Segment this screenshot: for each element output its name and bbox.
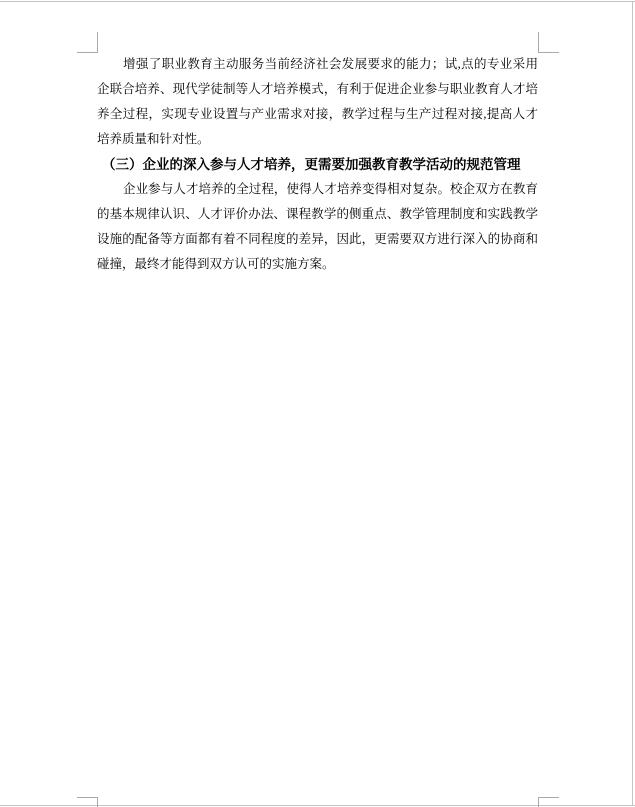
text-line[interactable]: 培养质量和针对性。: [97, 127, 538, 152]
text-line[interactable]: 企联合培养、现代学徒制等人才培养模式，有利于促进企业参与职业教育人才培: [97, 77, 538, 102]
page-edge-right: [632, 1, 633, 806]
text-boundary-mark-top-left: [77, 32, 98, 53]
paragraph-education-service[interactable]: 增强了职业教育主动服务当前经济社会发展要求的能力；试,点的专业采用校企联合培养、…: [97, 52, 538, 152]
text-line[interactable]: 设施的配备等方面都有着不同程度的差异，因此，更需要双方进行深入的协商和: [97, 227, 538, 252]
page-edge-top: [0, 1, 635, 2]
text-line[interactable]: 的基本规律认识、人才评价办法、课程教学的侧重点、教学管理制度和实践教学: [97, 202, 538, 227]
text-line[interactable]: 企业参与人才培养的全过程，使得人才培养变得相对复杂。校企双方在教育: [97, 177, 538, 202]
document-text-area[interactable]: 增强了职业教育主动服务当前经济社会发展要求的能力；试,点的专业采用校企联合培养、…: [97, 52, 538, 277]
text-line[interactable]: 碰撞，最终才能得到双方认可的实施方案。: [97, 252, 538, 277]
text-line[interactable]: 养全过程，实现专业设置与产业需求对接，教学过程与生产过程对接,提高人才: [97, 102, 538, 127]
paragraph-enterprise-participation[interactable]: 企业参与人才培养的全过程，使得人才培养变得相对复杂。校企双方在教育的基本规律认识…: [97, 177, 538, 277]
document-page: 增强了职业教育主动服务当前经济社会发展要求的能力；试,点的专业采用校企联合培养、…: [0, 0, 635, 807]
text-line[interactable]: 增强了职业教育主动服务当前经济社会发展要求的能力；试,点的专业采用校: [97, 52, 538, 77]
text-boundary-mark-top-right: [538, 32, 559, 53]
section-heading[interactable]: （三）企业的深入参与人才培养，更需要加强教育教学活动的规范管理: [97, 152, 538, 177]
text-boundary-mark-bottom-right: [538, 797, 559, 807]
text-boundary-mark-bottom-left: [77, 797, 98, 807]
